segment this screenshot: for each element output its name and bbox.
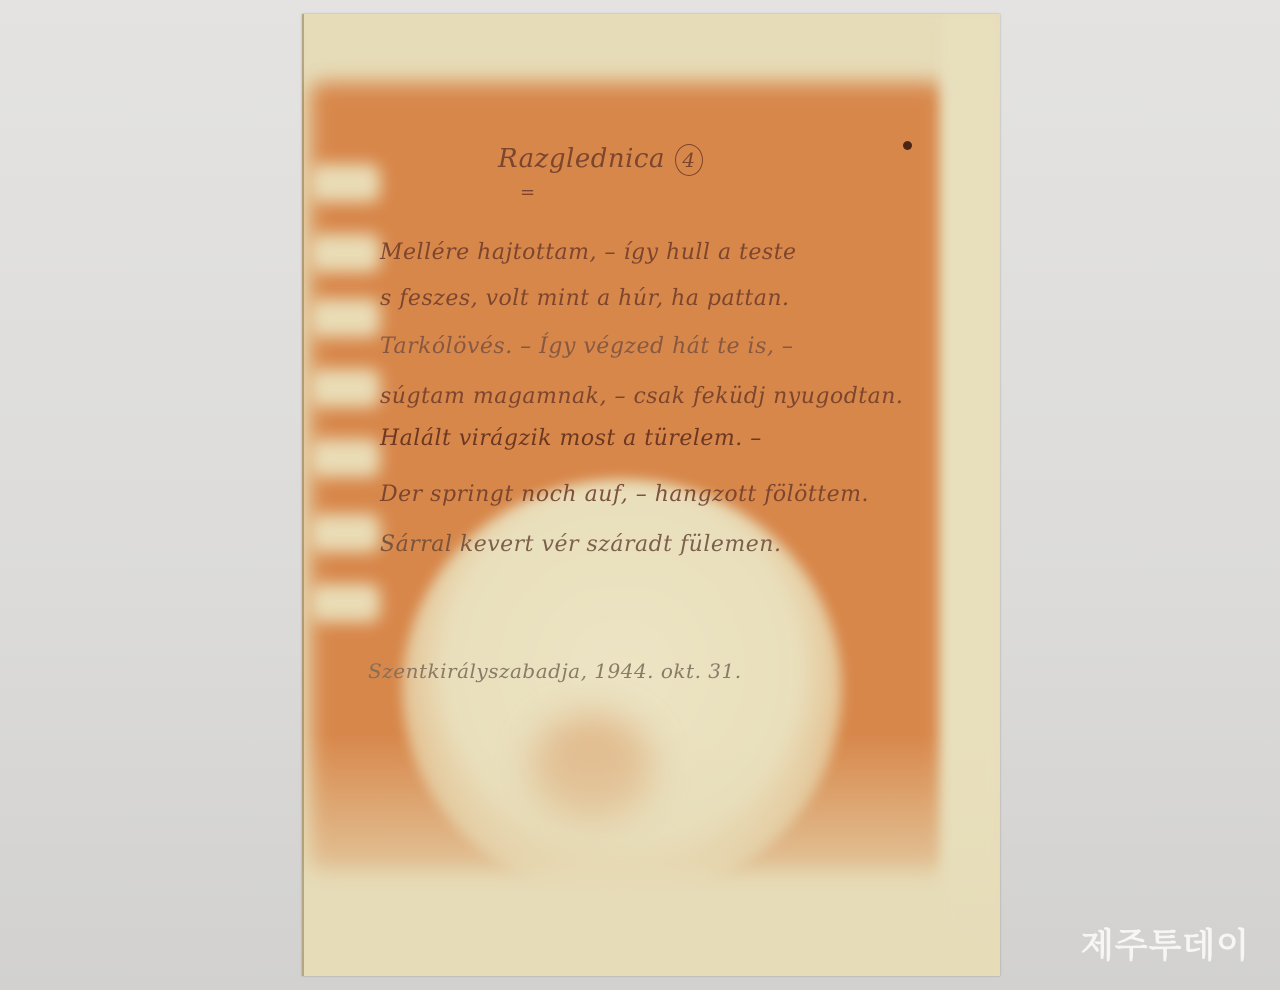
pale-band: [310, 439, 380, 477]
poem-line: Der springt noch auf, – hangzott fölötte…: [380, 482, 869, 507]
poem-number: 4: [675, 144, 703, 176]
pale-band: [310, 164, 380, 202]
poem-title: Razglednica4: [498, 144, 703, 176]
paper-bottom-fade: [302, 734, 1000, 976]
poem-line: Tarkólövés. – Így végzed hát te is, –: [380, 334, 793, 359]
poem-line: Halált virágzik most a türelem. –: [380, 426, 762, 451]
pale-band: [310, 299, 380, 337]
paper-edge: [302, 14, 304, 976]
title-underline-mark: =: [520, 182, 536, 203]
poem-line: Sárral kevert vér száradt fülemen.: [380, 532, 781, 557]
place-date-signature: Szentkirályszabadja, 1944. okt. 31.: [368, 659, 742, 683]
pale-band: [310, 584, 380, 622]
poem-title-text: Razglednica: [498, 144, 665, 174]
ink-dot: [903, 141, 912, 150]
paper-top-margin: [302, 14, 1000, 84]
pale-band: [310, 234, 380, 272]
manuscript-page: Razglednica4 = Mellére hajtottam, – így …: [302, 14, 1000, 976]
poem-line: Mellére hajtottam, – így hull a teste: [380, 240, 797, 265]
publisher-watermark: 제주투데이: [1081, 918, 1250, 967]
pale-band: [310, 514, 380, 552]
poem-line: súgtam magamnak, – csak feküdj nyugodtan…: [380, 384, 903, 409]
pale-band: [310, 369, 380, 407]
poem-line: s feszes, volt mint a húr, ha pattan.: [380, 286, 790, 311]
